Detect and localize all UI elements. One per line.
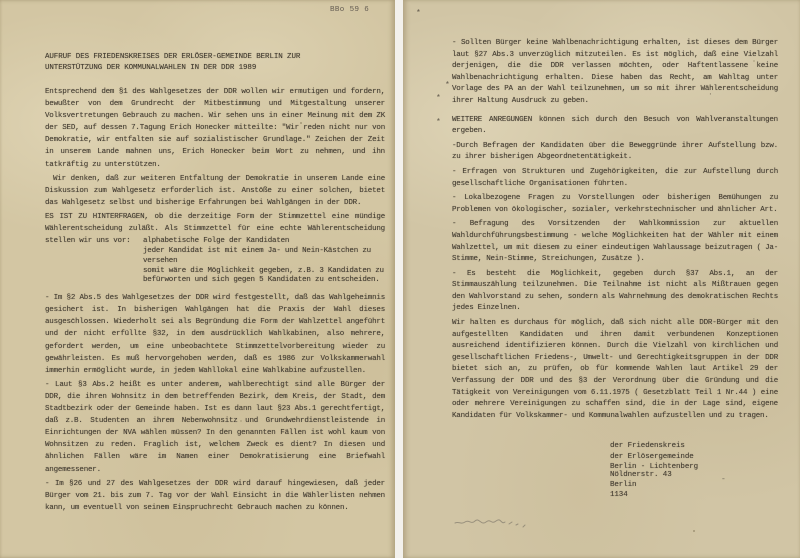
address-line: Berlin <box>610 480 672 490</box>
document-scan: BBo 59 6 AUFRUF DES FRIEDENSKREISES DER … <box>0 0 800 558</box>
paragraph-weitere-anregungen: WEITERE ANREGUNGEN können sich durch den… <box>452 115 778 138</box>
paragraph-wir-denken: Wir denken, daß zur weiteren Entfaltung … <box>45 173 385 209</box>
list-item-strukturen: - Erfragen von Strukturen und Zugehörigk… <box>452 167 778 190</box>
paragraph-wahlbenachrichtigung: - Sollten Bürger keine Wahlbenachrichtig… <box>452 38 778 108</box>
left-text-column: AUFRUF DES FRIEDENSKREISES DER ERLÖSER-G… <box>0 0 395 514</box>
signature-line: der Erlösergemeinde <box>610 452 698 463</box>
page-left: BBo 59 6 AUFRUF DES FRIEDENSKREISES DER … <box>0 0 395 558</box>
address-line: 1134 <box>610 490 672 500</box>
document-title: AUFRUF DES FRIEDENSKREISES DER ERLÖSER-G… <box>45 52 385 74</box>
list-item-befragen-kandidaten: -Durch Befragen der Kandidaten über die … <box>452 141 778 164</box>
proposal-item: jeder Kandidat ist mit einem Ja- und Nei… <box>143 247 386 267</box>
ballot-proposal-list: alphabetische Folge der Kandidaten jeder… <box>143 237 386 286</box>
list-item-wahlkommission: - Befragung des Vorsitzenden der Wahlkom… <box>452 219 778 265</box>
paragraph-wahlgeheimnis: - Im §2 Abs.5 des Wahlgesetzes der DDR w… <box>45 292 385 377</box>
proposal-item: alphabetische Folge der Kandidaten <box>143 237 386 247</box>
address-line: Nöldnerstr. 43 <box>610 470 672 480</box>
paragraph-vereinigungen: Wir halten es durchaus für möglich, daß … <box>452 318 778 422</box>
page-right: * * * * · - - Sollten Bürger keine Wahlb… <box>403 0 800 558</box>
list-item-stimmauszaehlung: - Es besteht die Möglichkeit, gegeben du… <box>452 269 778 315</box>
list-item-lokalbezogene-fragen: - Lokalbezogene Fragen zu Vorstellungen … <box>452 193 778 216</box>
margin-dash: - <box>721 475 726 484</box>
paragraph-intro: Entsprechend dem §1 des Wahlgesetzes der… <box>45 86 385 171</box>
paragraph-wahlberechtigt: - Laut §3 Abs.2 heißt es unter anderem, … <box>45 379 385 476</box>
paper-speck <box>693 530 695 532</box>
right-text-column: - Sollten Bürger keine Wahlbenachrichtig… <box>403 0 800 422</box>
handwritten-scribble <box>453 512 553 532</box>
signature-block: der Friedenskreis der Erlösergemeinde Be… <box>610 441 698 473</box>
address-block: Nöldnerstr. 43 Berlin 1134 <box>610 470 672 500</box>
proposal-item: somit wäre die Möglichkeit gegeben, z.B.… <box>143 267 386 287</box>
signature-line: der Friedenskreis <box>610 441 698 452</box>
paragraph-waehlerlisten: - Im §26 und 27 des Wahlgesetzes der DDR… <box>45 478 385 514</box>
